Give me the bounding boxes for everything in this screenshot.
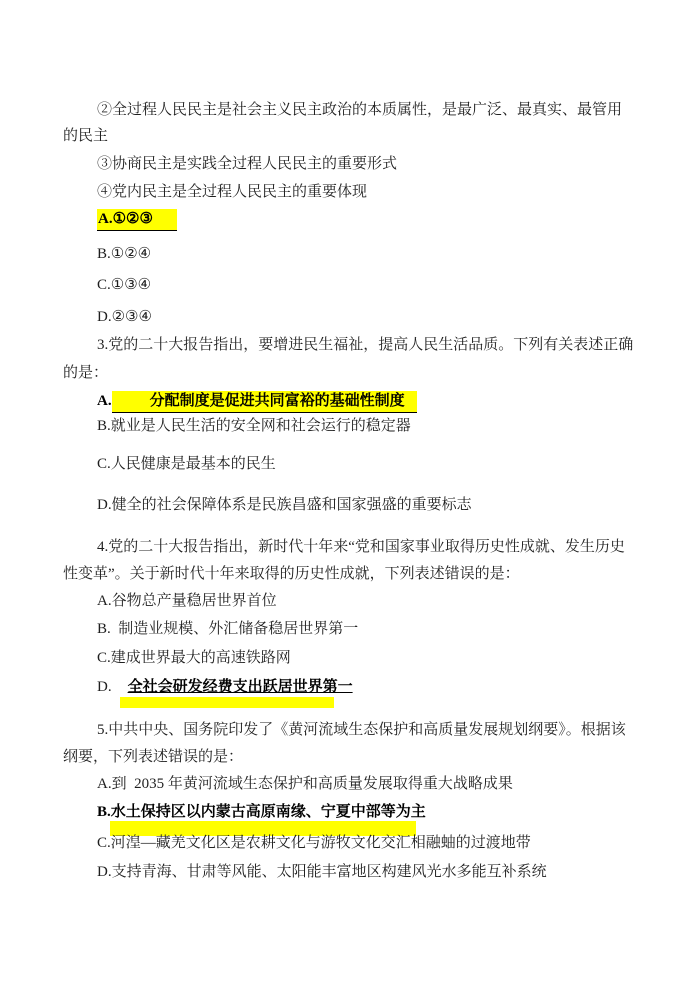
q4-answer-highlight-bar [120,697,334,708]
q5-stem-text-cont: 纲要，下列表述错误的是： [63,749,243,765]
q3-option-a-highlighted-answer: 分配制度是促进共同富裕的基础性制度 [112,391,417,413]
q4-option-a-text: A.谷物总产量稳居世界首位 [97,593,277,609]
q5-stem-line-2: 纲要，下列表述错误的是： [63,747,243,768]
q3-option-a: A.分配制度是促进共同富裕的基础性制度 [97,391,417,412]
q3-option-b: B.就业是人民生活的安全网和社会运行的稳定器 [97,416,411,437]
q5-option-a: A.到 2035 年黄河流域生态保护和高质量发展取得重大战略成果 [97,774,513,795]
q3-option-c: C.人民健康是最基本的民生 [97,454,276,475]
q4-option-b: B. 制造业规模、外汇储备稳居世界第一 [97,619,358,640]
q4-option-a: A.谷物总产量稳居世界首位 [97,591,277,612]
q2-option-c: C.①③④ [97,275,151,296]
q3-stem-line-1: 3.党的二十大报告指出，要增进民生福祉，提高人民生活品质。下列有关表述正确 [97,335,633,356]
q3-option-c-text: C.人民健康是最基本的民生 [97,456,276,472]
q4-option-d: D.全社会研发经费支出跃居世界第一 [97,677,353,698]
q5-option-c: C.河湟—藏羌文化区是农耕文化与游牧文化交汇相融蚰的过渡地带 [97,833,531,854]
q4-option-d-answer-text: 全社会研发经费支出跃居世界第一 [112,679,353,695]
q2-statement-2-text-cont: 的民主 [63,128,108,144]
q2-option-b: B.①②④ [97,244,151,265]
q4-stem-line-1: 4.党的二十大报告指出，新时代十年来“党和国家事业取得历史性成就、发生历史 [97,537,625,558]
q3-option-d-text: D.健全的社会保障体系是民族昌盛和国家强盛的重要标志 [97,497,472,513]
q5-stem-text: 5.中共中央、国务院印发了《黄河流域生态保护和高质量发展规划纲要》。根据该 [97,722,626,738]
q2-statement-2-line-1: ②全过程人民民主是社会主义民主政治的本质属性，是最广泛、最真实、最管用 [97,100,622,121]
q4-stem-line-2: 性变革”。关于新时代十年来取得的历史性成就，下列表述错误的是： [63,564,520,585]
q4-option-c-text: C.建成世界最大的高速铁路网 [97,650,291,666]
q4-stem-text-cont: 性变革”。关于新时代十年来取得的历史性成就，下列表述错误的是： [63,566,520,582]
q4-stem-text: 4.党的二十大报告指出，新时代十年来“党和国家事业取得历史性成就、发生历史 [97,539,625,555]
q4-option-c: C.建成世界最大的高速铁路网 [97,648,291,669]
q3-stem-text-cont: 的是： [63,365,108,381]
q2-option-d: D.②③④ [97,307,152,328]
q2-option-a: A.①②③ [97,209,177,230]
q2-statement-2-text: ②全过程人民民主是社会主义民主政治的本质属性，是最广泛、最真实、最管用 [97,102,622,118]
q5-option-d: D.支持青海、甘肃等风能、太阳能丰富地区构建风光水多能互补系统 [97,862,547,883]
q5-option-b: B.水土保持区以内蒙古高原南缘、宁夏中部等为主 [97,802,426,823]
q5-option-a-text: A.到 2035 年黄河流域生态保护和高质量发展取得重大战略成果 [97,776,513,792]
q5-option-d-text: D.支持青海、甘肃等风能、太阳能丰富地区构建风光水多能互补系统 [97,864,547,880]
q2-statement-2-line-2: 的民主 [63,126,108,147]
q2-statement-3-text: ③协商民主是实践全过程人民民主的重要形式 [97,156,397,172]
q2-option-b-text: B.①②④ [97,246,151,262]
q2-statement-4-text: ④党内民主是全过程人民民主的重要体现 [97,184,367,200]
q2-option-d-text: D.②③④ [97,309,152,325]
q5-option-c-text: C.河湟—藏羌文化区是农耕文化与游牧文化交汇相融蚰的过渡地带 [97,835,531,851]
q5-option-b-answer-text: B.水土保持区以内蒙古高原南缘、宁夏中部等为主 [97,804,426,820]
q2-statement-3: ③协商民主是实践全过程人民民主的重要形式 [97,154,397,175]
q3-option-d: D.健全的社会保障体系是民族昌盛和国家强盛的重要标志 [97,495,472,516]
document-page: ②全过程人民民主是社会主义民主政治的本质属性，是最广泛、最真实、最管用 的民主 … [0,0,696,983]
q2-option-c-text: C.①③④ [97,277,151,293]
q3-option-b-text: B.就业是人民生活的安全网和社会运行的稳定器 [97,418,411,434]
q3-option-a-label: A. [97,393,112,409]
q3-stem-text: 3.党的二十大报告指出，要增进民生福祉，提高人民生活品质。下列有关表述正确 [97,337,633,353]
q4-option-d-label: D. [97,679,112,695]
q5-stem-line-1: 5.中共中央、国务院印发了《黄河流域生态保护和高质量发展规划纲要》。根据该 [97,720,626,741]
q2-statement-4: ④党内民主是全过程人民民主的重要体现 [97,182,367,203]
q2-option-a-highlighted-answer: A.①②③ [97,209,177,231]
q4-option-b-text: B. 制造业规模、外汇储备稳居世界第一 [97,621,358,637]
q3-stem-line-2: 的是： [63,363,108,384]
